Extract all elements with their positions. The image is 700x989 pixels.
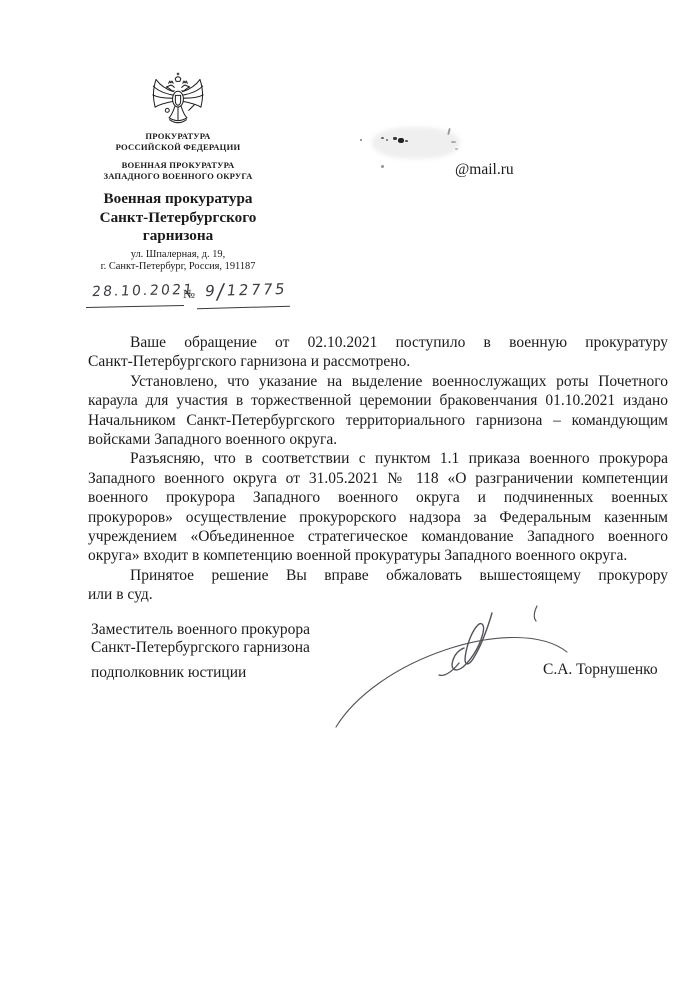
number-blank-rule	[197, 306, 290, 310]
address-line: ул. Шпалерная, д. 19,	[85, 249, 271, 261]
date-blank-rule	[86, 305, 184, 308]
signer-rank: подполковник юстиции	[91, 664, 246, 682]
org-line: ЗАПАДНОГО ВОЕННОГО ОКРУГА	[85, 171, 271, 182]
number-part2: 12775	[225, 280, 288, 300]
org-name-federation: ПРОКУРАТУРА РОССИЙСКОЙ ФЕДЕРАЦИИ	[85, 131, 271, 153]
handwritten-date: 28.10.2021	[91, 282, 195, 300]
redaction-speck	[360, 139, 362, 141]
number-sign: №	[183, 287, 195, 302]
org-line: ПРОКУРАТУРА	[85, 131, 271, 142]
office-address: ул. Шпалерная, д. 19, г. Санкт-Петербург…	[85, 249, 271, 273]
body-line: военного прокурора Западного военного ок…	[88, 488, 668, 507]
recipient-email-fragment: @mail.ru	[455, 161, 514, 179]
office-title-line: Санкт-Петербургского	[77, 209, 279, 228]
office-title: Военная прокуратура Санкт-Петербургского…	[77, 190, 279, 246]
address-line: г. Санкт-Петербург, Россия, 191187	[85, 261, 271, 273]
redaction-speck	[405, 140, 408, 142]
body-line: Установлено, что указание на выделение в…	[88, 372, 668, 391]
letter-body: Ваше обращение от 02.10.2021 поступило в…	[88, 333, 668, 605]
signer-position-line: Заместитель военного прокурора	[91, 621, 310, 639]
redaction-speck	[386, 139, 388, 141]
signer-position-line: Санкт-Петербургского гарнизона	[91, 639, 310, 657]
body-line: войсками Западного военного округа.	[88, 430, 668, 449]
org-line: РОССИЙСКОЙ ФЕДЕРАЦИИ	[85, 142, 271, 153]
office-title-line: Военная прокуратура	[77, 190, 279, 209]
body-line: Разъясняю, что в соответствии с пунктом …	[88, 449, 668, 468]
body-line: прокуроров» осуществление прокурорского …	[88, 508, 668, 527]
redaction-speck	[381, 165, 384, 168]
redaction-speck	[398, 138, 404, 143]
body-line: учреждением «Объединенное стратегическое…	[88, 527, 668, 546]
redaction-speck	[455, 148, 458, 150]
body-line: Западного военного округа от 31.05.2021 …	[88, 469, 668, 488]
office-title-line: гарнизона	[77, 227, 279, 246]
letter-page: { "colors": { "paper": "#ffffff", "ink":…	[0, 0, 700, 989]
handwritten-number: 9/12775	[203, 278, 288, 304]
body-line: Начальником Санкт-Петербургского террито…	[88, 411, 668, 430]
coat-of-arms-eagle-icon	[150, 72, 206, 130]
body-line: Ваше обращение от 02.10.2021 поступило в…	[88, 333, 668, 352]
redaction-speck	[393, 137, 397, 140]
handwritten-signature	[300, 595, 600, 760]
body-line: Санкт-Петербургского гарнизона и рассмот…	[88, 352, 668, 371]
body-line: караула для участия в торжественной цере…	[88, 391, 668, 410]
org-line: ВОЕННАЯ ПРОКУРАТУРА	[85, 160, 271, 171]
org-name-district: ВОЕННАЯ ПРОКУРАТУРА ЗАПАДНОГО ВОЕННОГО О…	[85, 160, 271, 182]
body-line: округа» входит в компетенцию военной про…	[88, 546, 668, 565]
redaction-speck	[381, 137, 384, 139]
signer-position: Заместитель военного прокурора Санкт-Пет…	[91, 621, 310, 656]
redaction-speck	[451, 141, 456, 143]
body-line: Принятое решение Вы вправе обжаловать вы…	[88, 566, 668, 585]
